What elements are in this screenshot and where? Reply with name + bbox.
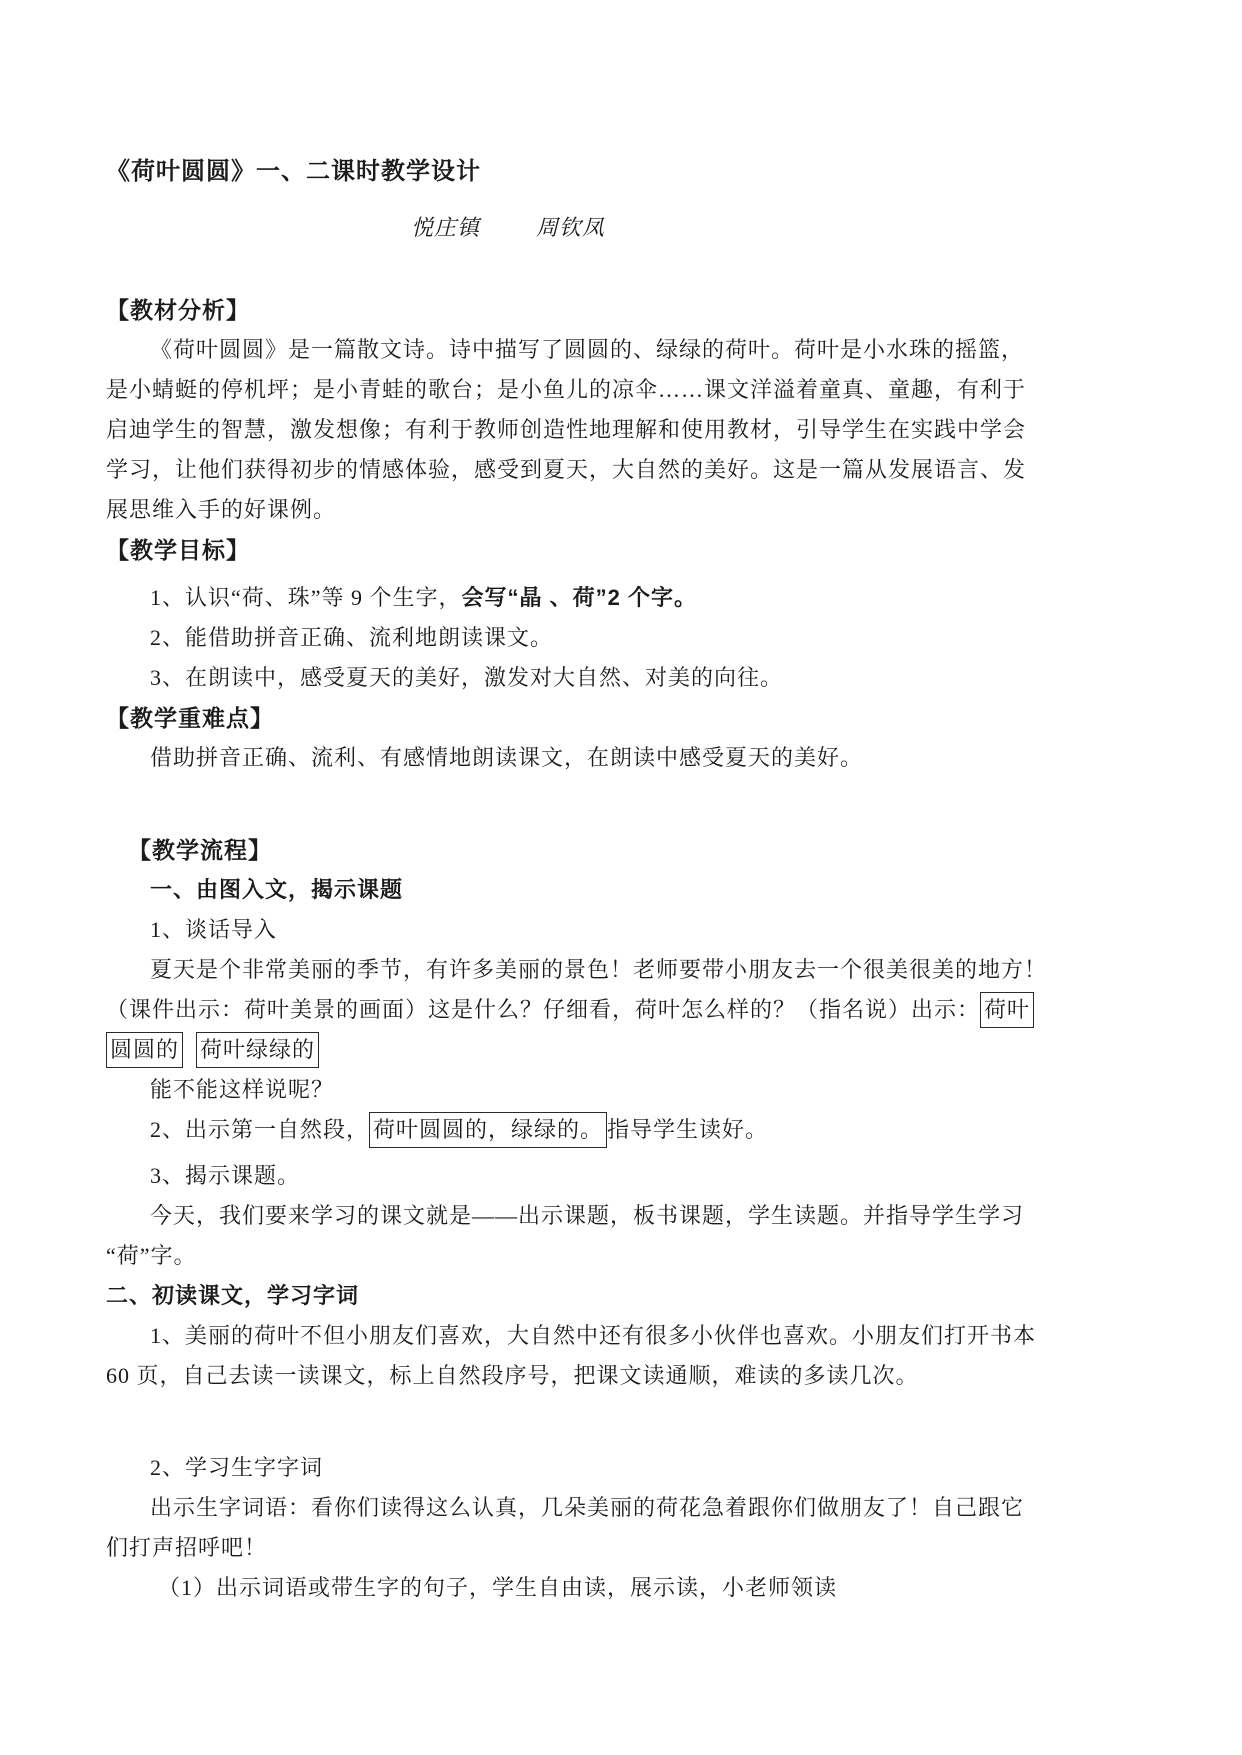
step-2-1-line-1: 1、美丽的荷叶不但小朋友们喜欢，大自然中还有很多小伙伴也喜欢。小朋友们打开书本 <box>106 1316 1142 1356</box>
text-segment: 展思维入手的好课例。 <box>106 497 336 522</box>
para-analysis-line-3: 启迪学生的智慧，激发想像；有利于教师创造性地理解和使用教材，引导学生在实践中学会 <box>106 410 1142 450</box>
heading-material-analysis: 【教材分析】 <box>106 290 1142 330</box>
text-segment: 学习，让他们获得初步的情感体验，感受到夏天，大自然的美好。这是一篇从发展语言、发 <box>106 457 1026 482</box>
text-segment: 一、由图入文，揭示课题 <box>150 877 403 902</box>
document-page: 《荷叶圆圆》一、二课时教学设计 悦庄镇周钦凤 【教材分析】《荷叶圆圆》是一篇散文… <box>0 0 1242 1755</box>
step-2-2-text-line-2: 们打声招呼吧！ <box>106 1528 1142 1568</box>
text-segment: 启迪学生的智慧，激发想像；有利于教师创造性地理解和使用教材，引导学生在实践中学会 <box>106 417 1026 442</box>
step-2-1-line-2: 60 页，自己去读一读课文，标上自然段序号，把课文读通顺，难读的多读几次。 <box>106 1356 1142 1396</box>
text-segment: 3、揭示课题。 <box>150 1163 300 1188</box>
heading-teaching-goals: 【教学目标】 <box>106 530 1142 570</box>
boxed-text: 荷叶圆圆的，绿绿的。 <box>369 1112 607 1148</box>
text-segment: 2、能借助拼音正确、流利地朗读课文。 <box>150 625 553 650</box>
text-segment: 1、谈话导入 <box>150 917 277 942</box>
section-2-heading: 二、初读课文，学习字词 <box>106 1276 1142 1316</box>
text-segment: 夏天是个非常美丽的季节，有许多美丽的景色！老师要带小朋友去一个很美很美的地方！ <box>150 957 1047 982</box>
text-segment: 们打声招呼吧！ <box>106 1535 267 1560</box>
text-segment: 借助拼音正确、流利、有感情地朗读课文，在朗读中感受夏天的美好。 <box>150 745 863 770</box>
text-segment: 2、出示第一自然段， <box>150 1117 369 1142</box>
text-segment: 【教学目标】 <box>106 537 250 563</box>
goal-item-3: 3、在朗读中，感受夏天的美好，激发对大自然、对美的向往。 <box>106 658 1142 698</box>
section-1-heading: 一、由图入文，揭示课题 <box>106 870 1142 910</box>
step-1-3-text-line-2: “荷”字。 <box>106 1236 1142 1276</box>
step-1-2: 2、出示第一自然段，荷叶圆圆的，绿绿的。指导学生读好。 <box>106 1110 1142 1150</box>
text-segment: 2、学习生字字词 <box>150 1455 323 1480</box>
boxed-text: 荷叶绿绿的 <box>196 1032 319 1068</box>
goal-item-2: 2、能借助拼音正确、流利地朗读课文。 <box>106 618 1142 658</box>
step-1-3-text-line-1: 今天，我们要来学习的课文就是——出示课题，板书课题，学生读题。并指导学生学习 <box>106 1196 1142 1236</box>
text-segment: 【教学流程】 <box>128 837 272 863</box>
para-analysis-line-2: 是小蜻蜓的停机坪；是小青蛙的歌台；是小鱼儿的凉伞……课文洋溢着童真、童趣，有利于 <box>106 370 1142 410</box>
text-segment: 《荷叶圆圆》是一篇散文诗。诗中描写了圆圆的、绿绿的荷叶。荷叶是小水珠的摇篮， <box>150 337 1024 362</box>
text-segment: （1）出示词语或带生字的句子，学生自由读，展示读，小老师领读 <box>158 1575 837 1600</box>
step-2-2-text-line-1: 出示生字词语：看你们读得这么认真，几朵美丽的荷花急着跟你们做朋友了！自己跟它 <box>106 1488 1142 1528</box>
text-segment: 出示生字词语：看你们读得这么认真，几朵美丽的荷花急着跟你们做朋友了！自己跟它 <box>150 1495 1024 1520</box>
heading-teaching-process: 【教学流程】 <box>128 830 1142 870</box>
step-2-2-sub-1: （1）出示词语或带生字的句子，学生自由读，展示读，小老师领读 <box>106 1568 1142 1608</box>
text-segment: 1、美丽的荷叶不但小朋友们喜欢，大自然中还有很多小伙伴也喜欢。小朋友们打开书本 <box>150 1323 1036 1348</box>
step-1-1-text-line-1: 夏天是个非常美丽的季节，有许多美丽的景色！老师要带小朋友去一个很美很美的地方！ <box>106 950 1142 990</box>
boxed-text: 圆圆的 <box>106 1032 183 1068</box>
text-segment: 二、初读课文，学习字词 <box>106 1283 359 1308</box>
para-analysis-line-1: 《荷叶圆圆》是一篇散文诗。诗中描写了圆圆的、绿绿的荷叶。荷叶是小水珠的摇篮， <box>106 330 1142 370</box>
key-points-text: 借助拼音正确、流利、有感情地朗读课文，在朗读中感受夏天的美好。 <box>106 738 1142 778</box>
byline: 悦庄镇周钦凤 <box>411 208 1142 248</box>
document-title: 《荷叶圆圆》一、二课时教学设计 <box>106 152 1142 192</box>
para-analysis-line-4: 学习，让他们获得初步的情感体验，感受到夏天，大自然的美好。这是一篇从发展语言、发 <box>106 450 1142 490</box>
text-segment: 指导学生读好。 <box>607 1117 768 1142</box>
text-segment: （课件出示：荷叶美景的画面）这是什么？仔细看，荷叶怎么样的？（指名说）出示： <box>106 997 980 1022</box>
text-segment: “荷”字。 <box>106 1243 197 1268</box>
text-segment: 今天，我们要来学习的课文就是——出示课题，板书课题，学生读题。并指导学生学习 <box>150 1203 1024 1228</box>
byline-town: 悦庄镇 <box>411 215 480 240</box>
text-segment: 【教材分析】 <box>106 297 250 323</box>
heading-key-difficult-points: 【教学重难点】 <box>106 698 1142 738</box>
step-2-2: 2、学习生字字词 <box>106 1448 1142 1488</box>
para-analysis-line-5: 展思维入手的好课例。 <box>106 490 1142 530</box>
step-1-1: 1、谈话导入 <box>106 910 1142 950</box>
step-1-3: 3、揭示课题。 <box>106 1156 1142 1196</box>
byline-author: 周钦凤 <box>536 215 605 240</box>
text-segment: 60 页，自己去读一读课文，标上自然段序号，把课文读通顺，难读的多读几次。 <box>106 1363 919 1388</box>
goal-item-1: 1、认识“荷、珠”等 9 个生字，会写“晶 、荷”2 个字。 <box>106 578 1142 618</box>
text-segment: 1、认识“荷、珠”等 9 个生字， <box>150 585 462 610</box>
text-segment: 【教学重难点】 <box>106 705 274 731</box>
text-segment: 会写“晶 、荷”2 个字。 <box>462 585 697 610</box>
document-body: 【教材分析】《荷叶圆圆》是一篇散文诗。诗中描写了圆圆的、绿绿的荷叶。荷叶是小水珠… <box>106 290 1142 1608</box>
text-segment: 能不能这样说呢？ <box>150 1077 334 1102</box>
step-1-1-text-line-4: 能不能这样说呢？ <box>106 1070 1142 1110</box>
text-segment: 是小蜻蜓的停机坪；是小青蛙的歌台；是小鱼儿的凉伞……课文洋溢着童真、童趣，有利于 <box>106 377 1026 402</box>
boxed-text: 荷叶 <box>980 992 1034 1028</box>
step-1-1-text-line-3: 圆圆的荷叶绿绿的 <box>106 1030 1142 1070</box>
step-1-1-text-line-2: （课件出示：荷叶美景的画面）这是什么？仔细看，荷叶怎么样的？（指名说）出示：荷叶 <box>106 990 1142 1030</box>
text-segment: 3、在朗读中，感受夏天的美好，激发对大自然、对美的向往。 <box>150 665 783 690</box>
